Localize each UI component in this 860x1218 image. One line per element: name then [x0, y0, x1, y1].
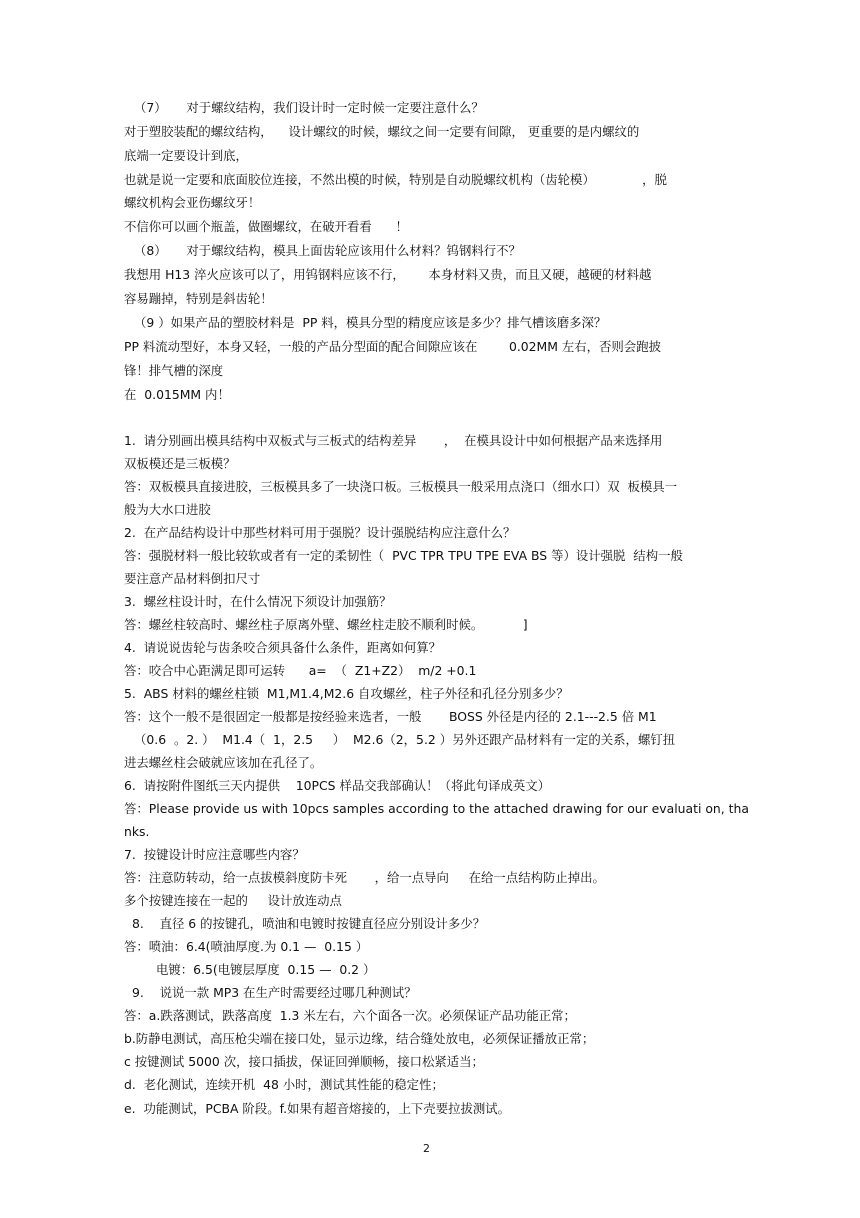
- text-line: 9. 说说一款 MP3 在生产时需要经过哪几种测试？: [132, 985, 417, 1001]
- text-line: 答：这个一般不是很固定一般都是按经验来选者，一般 BOSS 外径是内径的 2.1…: [124, 709, 657, 725]
- text-line: 答：强脱材料一般比较软或者有一定的柔韧性（ PVC TPR TPU TPE EV…: [124, 548, 683, 564]
- text-line: 底端一定要设计到底，: [124, 148, 248, 164]
- text-line: 3. 螺丝柱设计时，在什么情况下须设计加强筋？: [124, 594, 392, 610]
- text-line: 双板模还是三板模？: [124, 456, 236, 472]
- text-line: 不信你可以画个瓶盖，做圈螺纹，在破开看看 ！: [124, 219, 408, 235]
- text-line: 4. 请说说齿轮与齿条咬合须具备什么条件，距离如何算？: [124, 640, 441, 656]
- text-line: PP 料流动型好，本身又轻，一般的产品分型面的配合间隙应该在 0.02MM 左右…: [124, 339, 661, 355]
- text-line: 多个按键连接在一起的 设计放连动点: [124, 893, 342, 909]
- text-line: （8） 对于螺纹结构，模具上面齿轮应该用什么材料？钨钢料行不？: [134, 243, 521, 259]
- text-line: nks.: [124, 824, 149, 840]
- text-line: 6. 请按附件图纸三天内提供 10PCS 样品交我部确认！（将此句译成英文）: [124, 778, 550, 794]
- text-line: 8. 直径 6 的按键孔，喷油和电镀时按键直径应分别设计多少？: [132, 916, 485, 932]
- text-line: 进去螺丝柱会破就应该加在孔径了。: [124, 755, 322, 771]
- text-line: 答：Please provide us with 10pcs samples a…: [124, 801, 749, 817]
- text-line: 答：咬合中心距满足即可运转 a= （ Z1+Z2） m/2 +0.1: [124, 663, 476, 679]
- text-line: 螺纹机构会亚伤螺纹牙！: [124, 195, 260, 211]
- text-line: 在 0.015MM 内！: [124, 387, 230, 403]
- text-line: 锋！排气槽的深度: [124, 363, 223, 379]
- text-line: 答：喷油：6.4(喷油厚度.为 0.1 — 0.15 ）: [124, 939, 368, 955]
- text-line: 般为大水口进胶: [124, 502, 211, 518]
- text-line: 7. 按键设计时应注意哪些内容？: [124, 847, 305, 863]
- text-line: 答：注意防转动，给一点拔模斜度防卡死 ，给一点导向 在给一点结构防止掉出。: [124, 870, 605, 886]
- text-line: b.防静电测试，高压枪尖端在接口处，显示边缘，结合缝处放电，必须保证播放正常；: [124, 1031, 594, 1047]
- text-line: 2. 在产品结构设计中那些材料可用于强脱？设计强脱结构应注意什么？: [124, 525, 515, 541]
- text-line: 对于塑胶装配的螺纹结构， 设计螺纹的时候，螺纹之间一定要有间隙， 更重要的是内螺…: [124, 124, 639, 140]
- text-line: e. 功能测试，PCBA 阶段。f.如果有超音熔接的，上下壳要拉拔测试。: [124, 1101, 510, 1117]
- text-line: （9 ）如果产品的塑胶材料是 PP 料，模具分型的精度应该是多少？排气槽该磨多深…: [134, 315, 606, 331]
- text-line: 答：螺丝柱较高时、螺丝柱子原离外壁、螺丝柱走胶不顺利时候。 ]: [124, 617, 528, 633]
- text-line: c 按键测试 5000 次，接口插拔，保证回弹顺畅，接口松紧适当；: [124, 1054, 484, 1070]
- text-line: 5. ABS 材料的螺丝柱锁 M1,M1.4,M2.6 自攻螺丝，柱子外径和孔径…: [124, 686, 569, 702]
- text-line: 容易蹦掉，特别是斜齿轮！: [124, 291, 273, 307]
- text-line: 电镀：6.5(电镀层厚度 0.15 — 0.2 ）: [156, 962, 375, 978]
- text-line: 我想用 H13 淬火应该可以了，用钨钢料应该不行， 本身材料又贵，而且又硬，越硬…: [124, 267, 651, 283]
- text-line: 也就是说一定要和底面胶位连接，不然出模的时候，特别是自动脱螺纹机构（齿轮模） ，…: [124, 172, 667, 188]
- text-line: 1. 请分别画出模具结构中双板式与三板式的结构差异 ， 在模具设计中如何根据产品…: [124, 433, 662, 449]
- text-line: 答：a.跌落测试，跌落高度 1.3 米左右，六个面各一次。必须保证产品功能正常；: [124, 1008, 576, 1024]
- text-line: 答：双板模具直接进胶，三板模具多了一块浇口板。三板模具一般采用点浇口（细水口）双…: [124, 479, 677, 495]
- text-line: d. 老化测试，连续开机 48 小时，测试其性能的稳定性；: [124, 1077, 444, 1093]
- text-line: 要注意产品材料倒扣尺寸: [124, 571, 260, 587]
- text-line: （7） 对于螺纹结构，我们设计时一定时候一定要注意什么？: [134, 100, 484, 116]
- page-number: 2: [423, 1142, 430, 1155]
- text-line: （0.6 。2. ） M1.4（ 1，2.5 ） M2.6（2，5.2 ）另外还…: [134, 732, 675, 748]
- document-page: （7） 对于螺纹结构，我们设计时一定时候一定要注意什么？对于塑胶装配的螺纹结构，…: [0, 0, 860, 1218]
